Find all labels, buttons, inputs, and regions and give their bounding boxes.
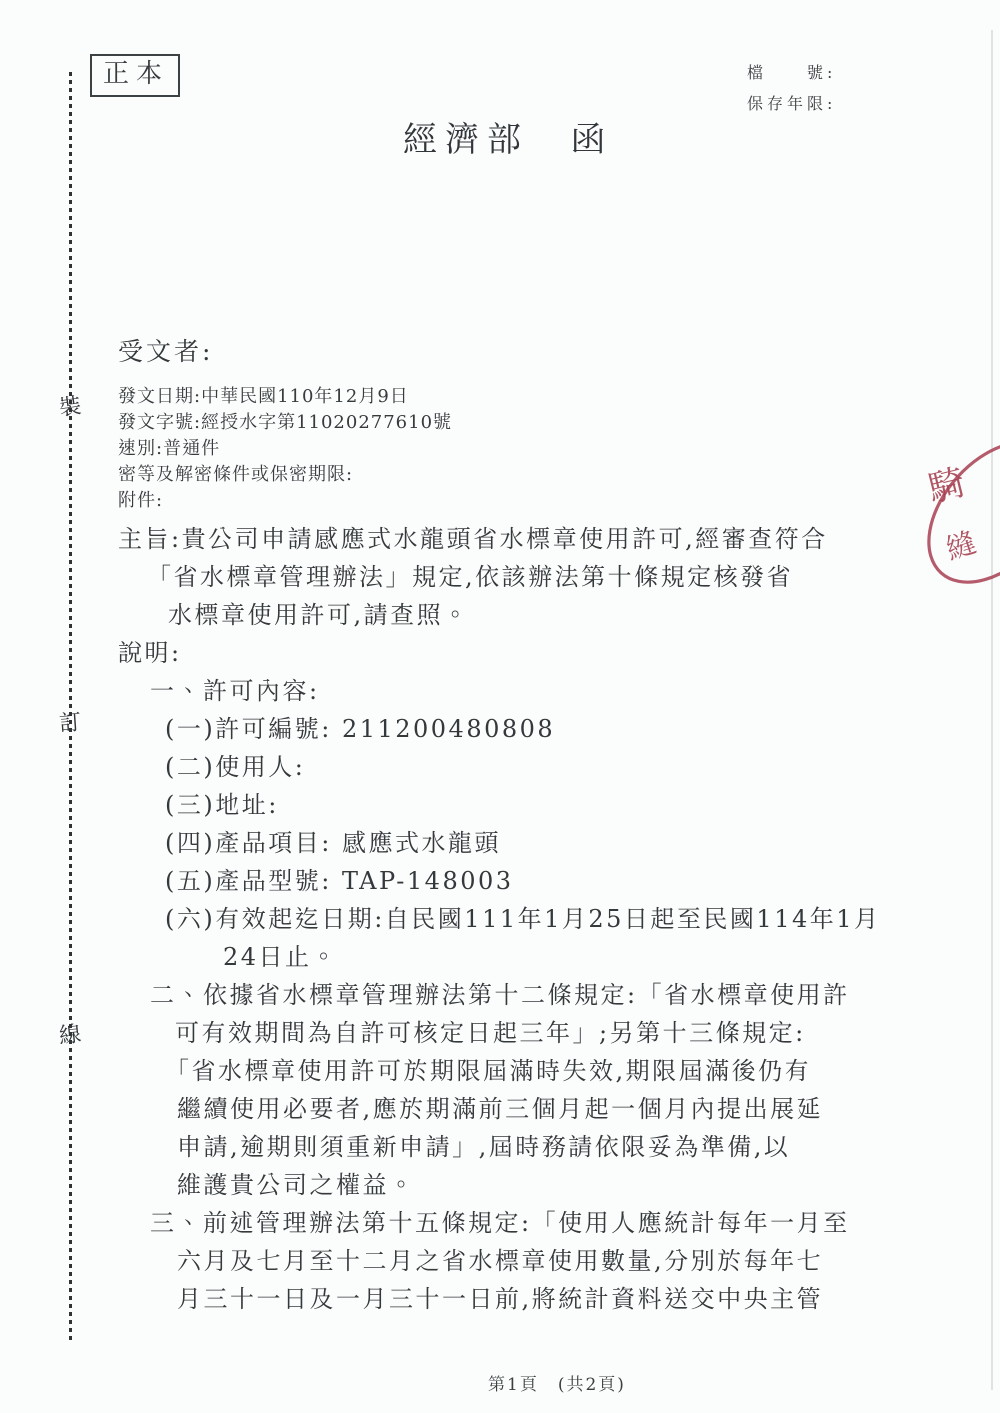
- body-line: (六)有效起迄日期:自民國111年1月25日起至民國114年1月: [165, 900, 928, 938]
- recipient-label: 受文者:: [118, 332, 213, 368]
- document-title: 經濟部 函: [0, 112, 1000, 161]
- body-line: (二)使用人:: [165, 748, 928, 786]
- body-line: 水標章使用許可,請查照。: [168, 596, 928, 634]
- body-line: 主旨:貴公司申請感應式水龍頭省水標章使用許可,經審查符合: [118, 520, 928, 558]
- scanned-official-letter-page: 正本 檔 號: 保存年限: 經濟部 函 裝 訂 線 騎 縫 受文者: 發文日期:…: [0, 0, 1000, 1413]
- classification-line: 密等及解密條件或保密期限:: [118, 462, 452, 488]
- dispatch-number-line: 發文字號:經授水字第11020277610號: [118, 410, 452, 436]
- body-line: 一、許可內容:: [150, 672, 928, 710]
- dispatch-date-line: 發文日期:中華民國110年12月9日: [118, 384, 452, 410]
- body-line: 三、前述管理辦法第十五條規定:「使用人應統計每年一月至: [150, 1204, 928, 1242]
- body-line: 二、依據省水標章管理辦法第十二條規定:「省水標章使用許: [150, 976, 928, 1014]
- dispatch-meta-block: 發文日期:中華民國110年12月9日 發文字號:經授水字第11020277610…: [118, 384, 452, 514]
- body-line: 申請,逾期則須重新申請」,屆時務請依限妥為準備,以: [177, 1128, 928, 1166]
- body-line: (五)產品型號: TAP-148003: [165, 862, 928, 900]
- priority-line: 速別:普通件: [118, 436, 452, 462]
- file-reference-block: 檔 號: 保存年限:: [747, 57, 836, 119]
- file-number-label: 檔 號:: [747, 57, 836, 88]
- body-line: 月三十一日及一月三十一日前,將統計資料送交中央主管: [177, 1280, 928, 1318]
- binding-char-zhuang: 裝: [54, 388, 86, 423]
- binding-char-ding: 訂: [55, 705, 85, 738]
- attachment-line: 附件:: [118, 488, 452, 514]
- body-line: 可有效期間為自許可核定日起三年」;另第十三條規定:: [175, 1014, 928, 1052]
- body-line: 六月及七月至十二月之省水標章使用數量,分別於每年七: [177, 1242, 928, 1280]
- body-line: 「省水標章使用許可於期限屆滿時失效,期限屆滿後仍有: [165, 1052, 928, 1090]
- body-line: 維護貴公司之權益。: [177, 1166, 928, 1204]
- letter-body: 主旨:貴公司申請感應式水龍頭省水標章使用許可,經審查符合 「省水標章管理辦法」規…: [118, 520, 928, 1318]
- body-line: 繼續使用必要者,應於期滿前三個月起一個月內提出展延: [177, 1090, 928, 1128]
- body-line: 說明:: [118, 634, 928, 672]
- body-line: (四)產品項目: 感應式水龍頭: [165, 824, 928, 862]
- body-line: 「省水標章管理辦法」規定,依該辦法第十條規定核發省: [147, 558, 928, 596]
- body-line: 24日止。: [223, 938, 928, 976]
- copy-type-label: 正本: [90, 54, 180, 97]
- body-line: (三)地址:: [165, 786, 928, 824]
- scan-edge-line: [991, 30, 993, 1390]
- binding-char-xian: 線: [54, 1017, 85, 1051]
- page-number-footer: 第1頁 (共2頁): [488, 1370, 626, 1395]
- body-line: (一)許可編號: 211200480808: [165, 710, 928, 748]
